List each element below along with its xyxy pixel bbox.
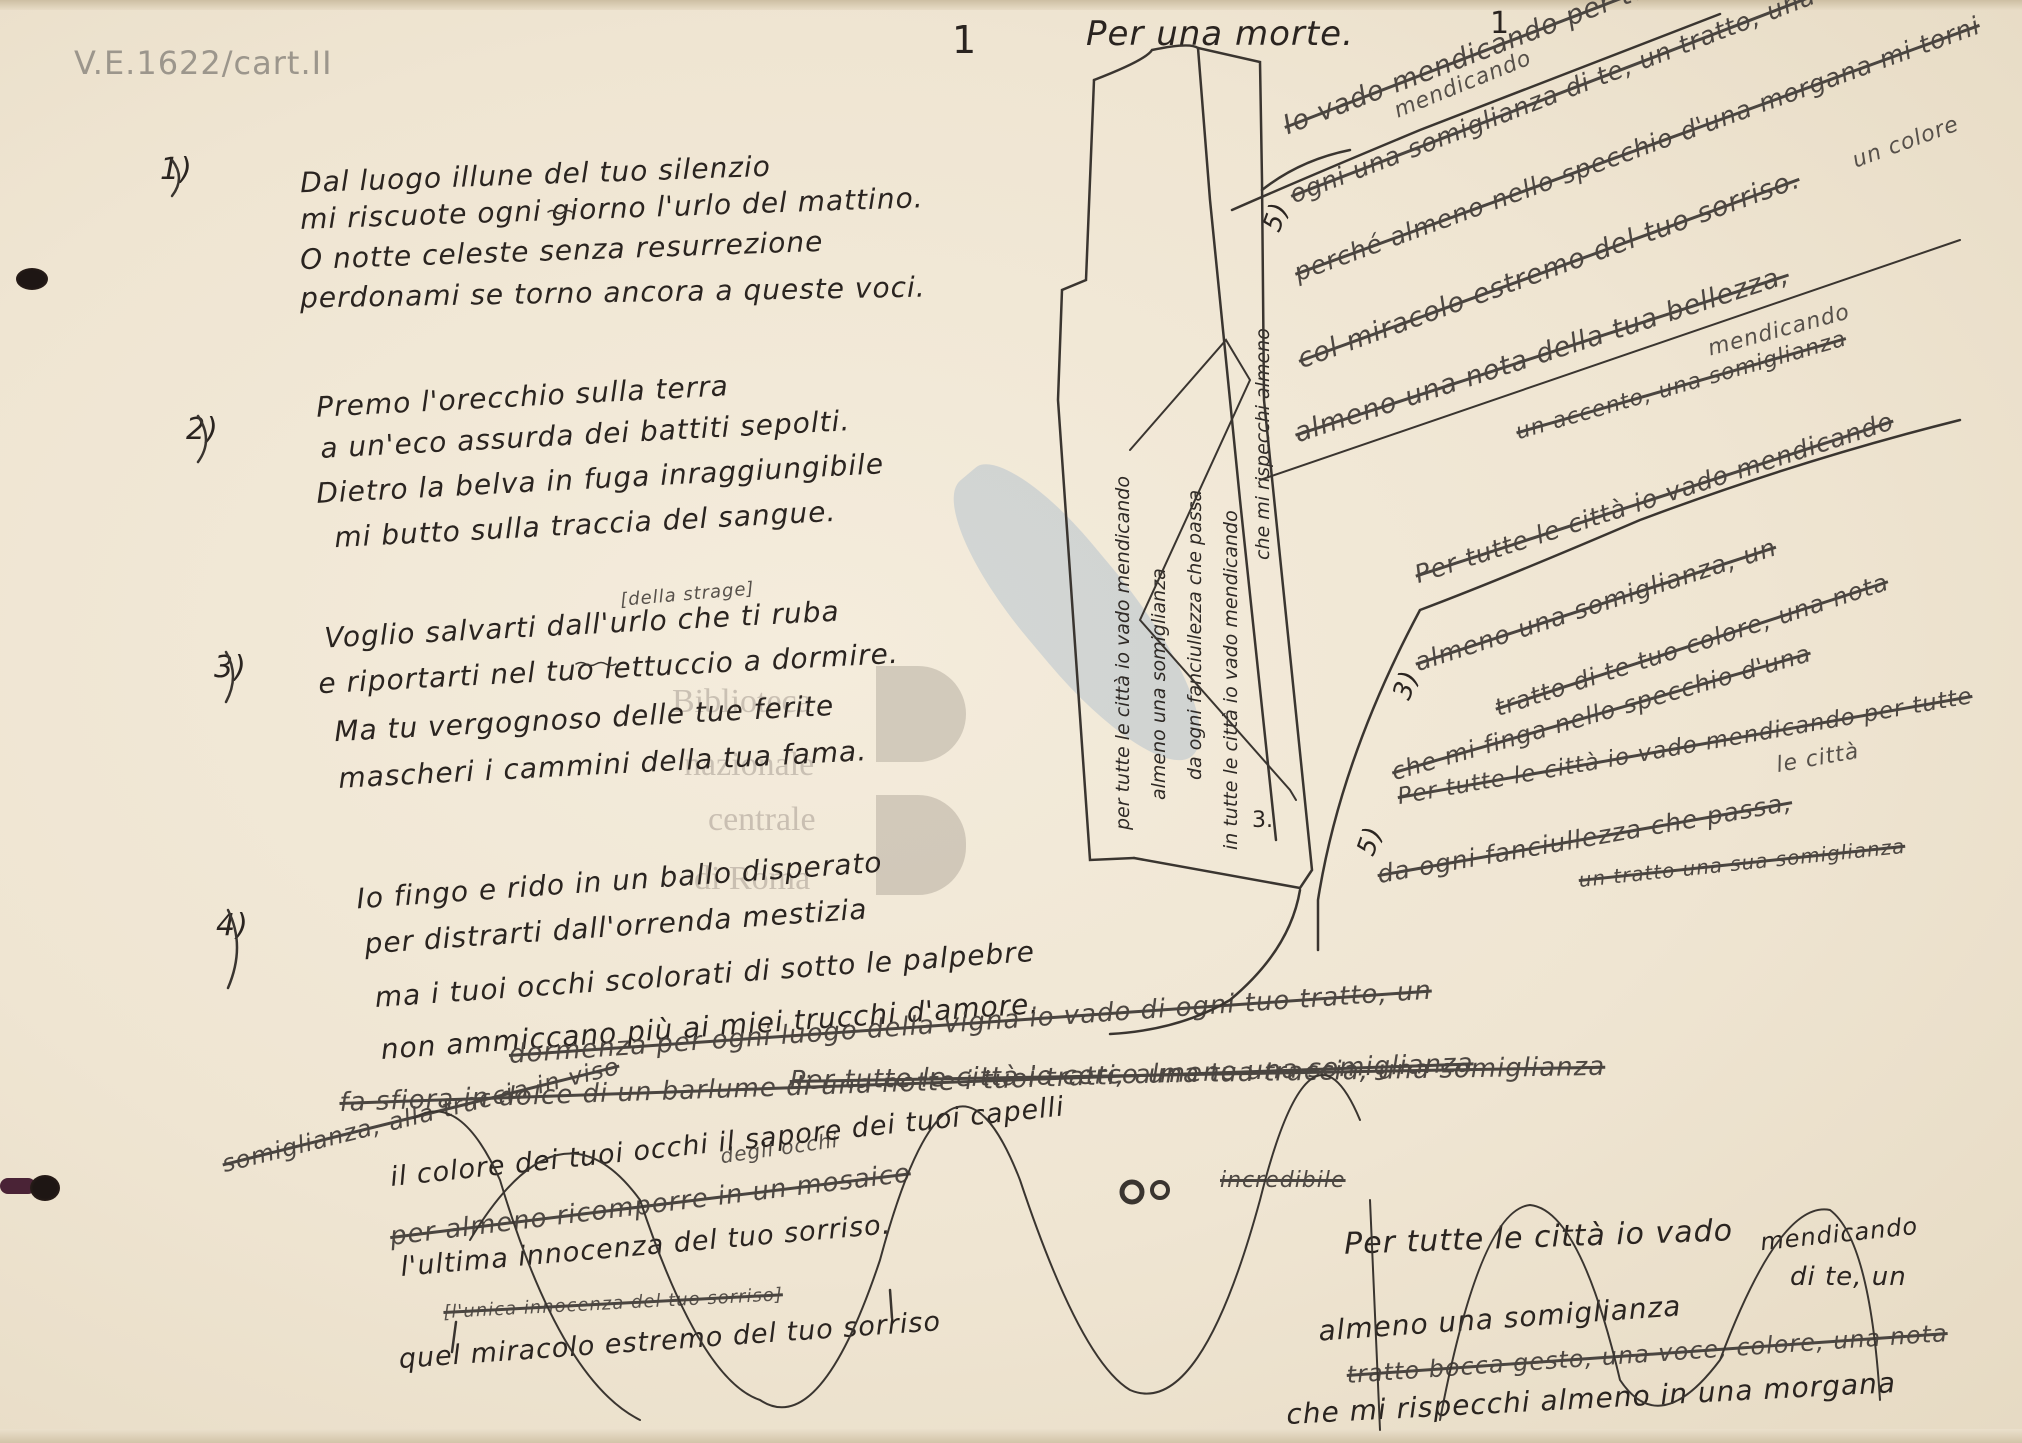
- manuscript-page: Biblioteca nazionale centrale di Roma V.…: [0, 0, 2022, 1443]
- pen-strokes: [0, 0, 2022, 1443]
